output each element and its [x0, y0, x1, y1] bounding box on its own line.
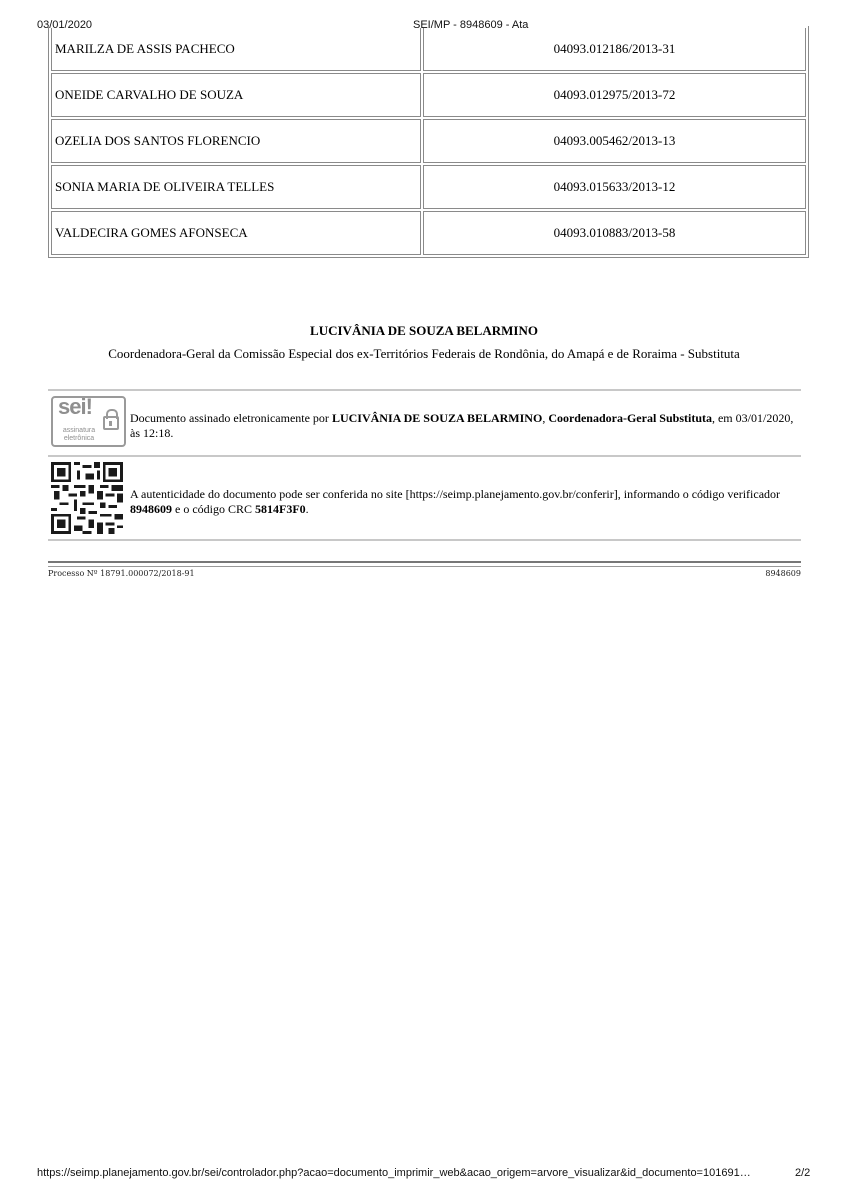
- signature-signer-role: Coordenadora-Geral Substituta: [548, 411, 712, 425]
- signature-signer-name: LUCIVÂNIA DE SOUZA BELARMINO: [332, 411, 542, 425]
- signer-name: LUCIVÂNIA DE SOUZA BELARMINO: [0, 323, 848, 339]
- table-row: SONIA MARIA DE OLIVEIRA TELLES 04093.015…: [51, 165, 806, 209]
- signer-role: Coordenadora-Geral da Comissão Especial …: [0, 346, 848, 362]
- sei-signature-seal-icon: sei! assinatura eletrônica: [51, 396, 126, 447]
- print-url: https://seimp.planejamento.gov.br/sei/co…: [37, 1167, 751, 1179]
- processo-number: Processo Nº 18791.000072/2018-91: [48, 569, 195, 578]
- name-cell: MARILZA DE ASSIS PACHECO: [51, 28, 421, 71]
- lock-icon: [103, 416, 119, 430]
- table-row: MARILZA DE ASSIS PACHECO 04093.012186/20…: [51, 28, 806, 71]
- name-cell: SONIA MARIA DE OLIVEIRA TELLES: [51, 165, 421, 209]
- seal-subtext: eletrônica: [57, 435, 101, 443]
- authenticity-text: A autenticidade do documento pode ser co…: [130, 487, 801, 517]
- document-number: 8948609: [765, 569, 801, 578]
- document-footer: Processo Nº 18791.000072/2018-91 8948609: [48, 569, 801, 578]
- divider: [48, 389, 801, 391]
- interested-parties-table: MARILZA DE ASSIS PACHECO 04093.012186/20…: [48, 26, 809, 258]
- names-table: MARILZA DE ASSIS PACHECO 04093.012186/20…: [48, 26, 809, 258]
- table-row: OZELIA DOS SANTOS FLORENCIO 04093.005462…: [51, 119, 806, 163]
- signature-text: Documento assinado eletronicamente por L…: [130, 411, 801, 441]
- processo-cell: 04093.005462/2013-13: [423, 119, 806, 163]
- authenticity-block: A autenticidade do documento pode ser co…: [48, 459, 801, 539]
- name-cell: OZELIA DOS SANTOS FLORENCIO: [51, 119, 421, 163]
- authenticity-middle: e o código CRC: [172, 502, 255, 516]
- processo-cell: 04093.010883/2013-58: [423, 211, 806, 255]
- name-cell: VALDECIRA GOMES AFONSECA: [51, 211, 421, 255]
- processo-cell: 04093.012186/2013-31: [423, 28, 806, 71]
- table-row: VALDECIRA GOMES AFONSECA 04093.010883/20…: [51, 211, 806, 255]
- verifier-code: 8948609: [130, 502, 172, 516]
- authenticity-prefix: A autenticidade do documento pode ser co…: [130, 487, 780, 501]
- divider: [48, 539, 801, 541]
- electronic-signature-block: sei! assinatura eletrônica Documento ass…: [48, 393, 801, 453]
- crc-code: 5814F3F0: [255, 502, 306, 516]
- authenticity-suffix: .: [306, 502, 309, 516]
- seal-subtext: assinatura: [57, 427, 101, 435]
- table-row: ONEIDE CARVALHO DE SOUZA 04093.012975/20…: [51, 73, 806, 117]
- processo-cell: 04093.015633/2013-12: [423, 165, 806, 209]
- qr-code-icon: [51, 462, 123, 534]
- page-indicator: 2/2: [795, 1167, 810, 1179]
- footer-divider: [48, 561, 801, 567]
- signature-prefix: Documento assinado eletronicamente por: [130, 411, 332, 425]
- sei-logo-text: sei!: [58, 399, 92, 414]
- name-cell: ONEIDE CARVALHO DE SOUZA: [51, 73, 421, 117]
- divider: [48, 455, 801, 457]
- processo-cell: 04093.012975/2013-72: [423, 73, 806, 117]
